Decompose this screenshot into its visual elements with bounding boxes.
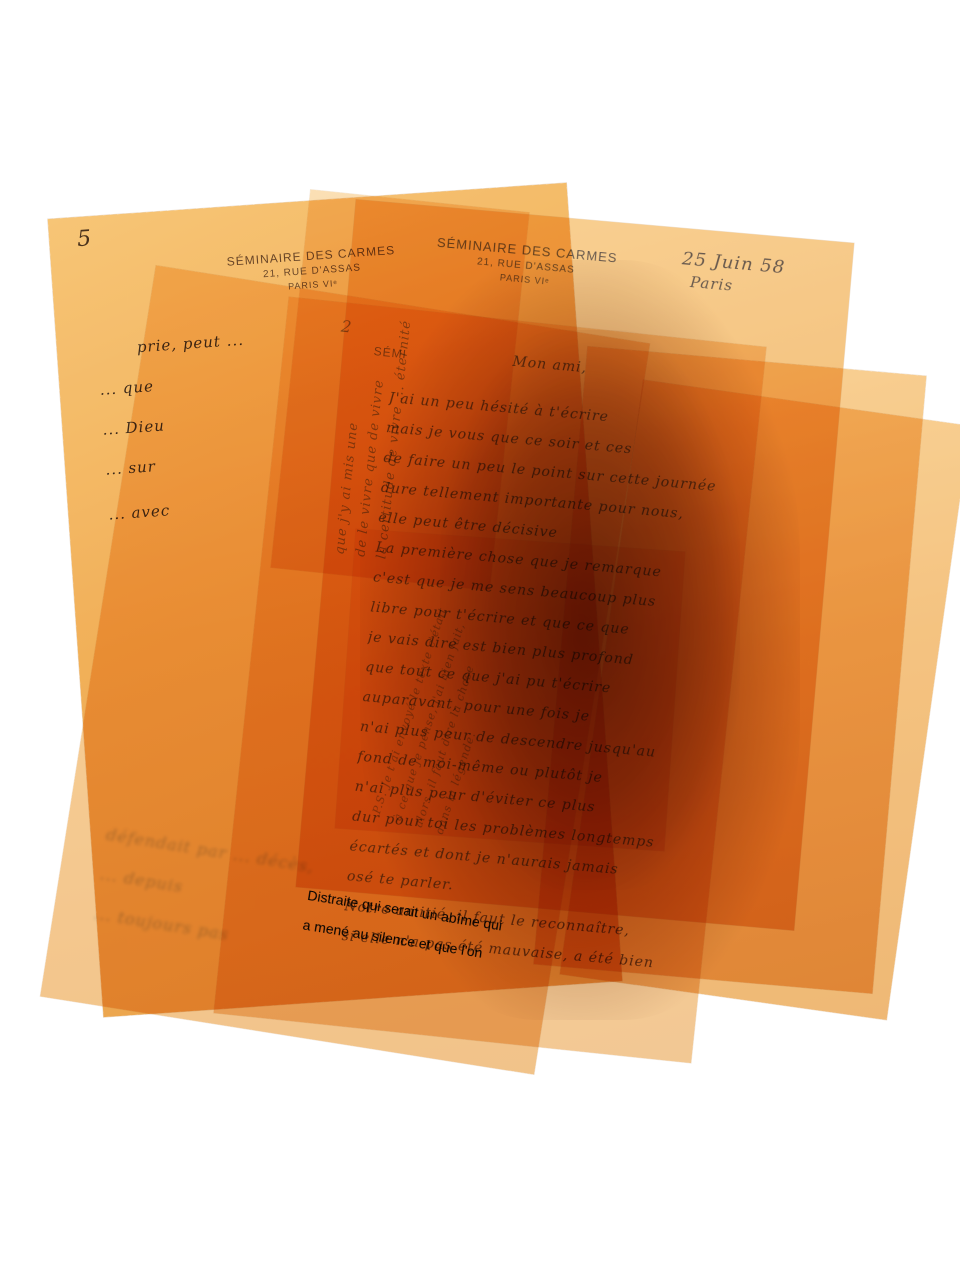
page-number: 5	[76, 226, 92, 252]
letter-sheet-ps-note: P.S. Je t'ai envoyé le texte c'était à c…	[335, 529, 685, 851]
salutation: Mon ami,	[512, 354, 802, 395]
photo-stage: 5 SÉMINAIRE DES CARMES 21, RUE D'ASSAS P…	[0, 0, 960, 1280]
ps-note-text: P.S. Je t'ai envoyé le texte c'était à c…	[366, 544, 536, 837]
